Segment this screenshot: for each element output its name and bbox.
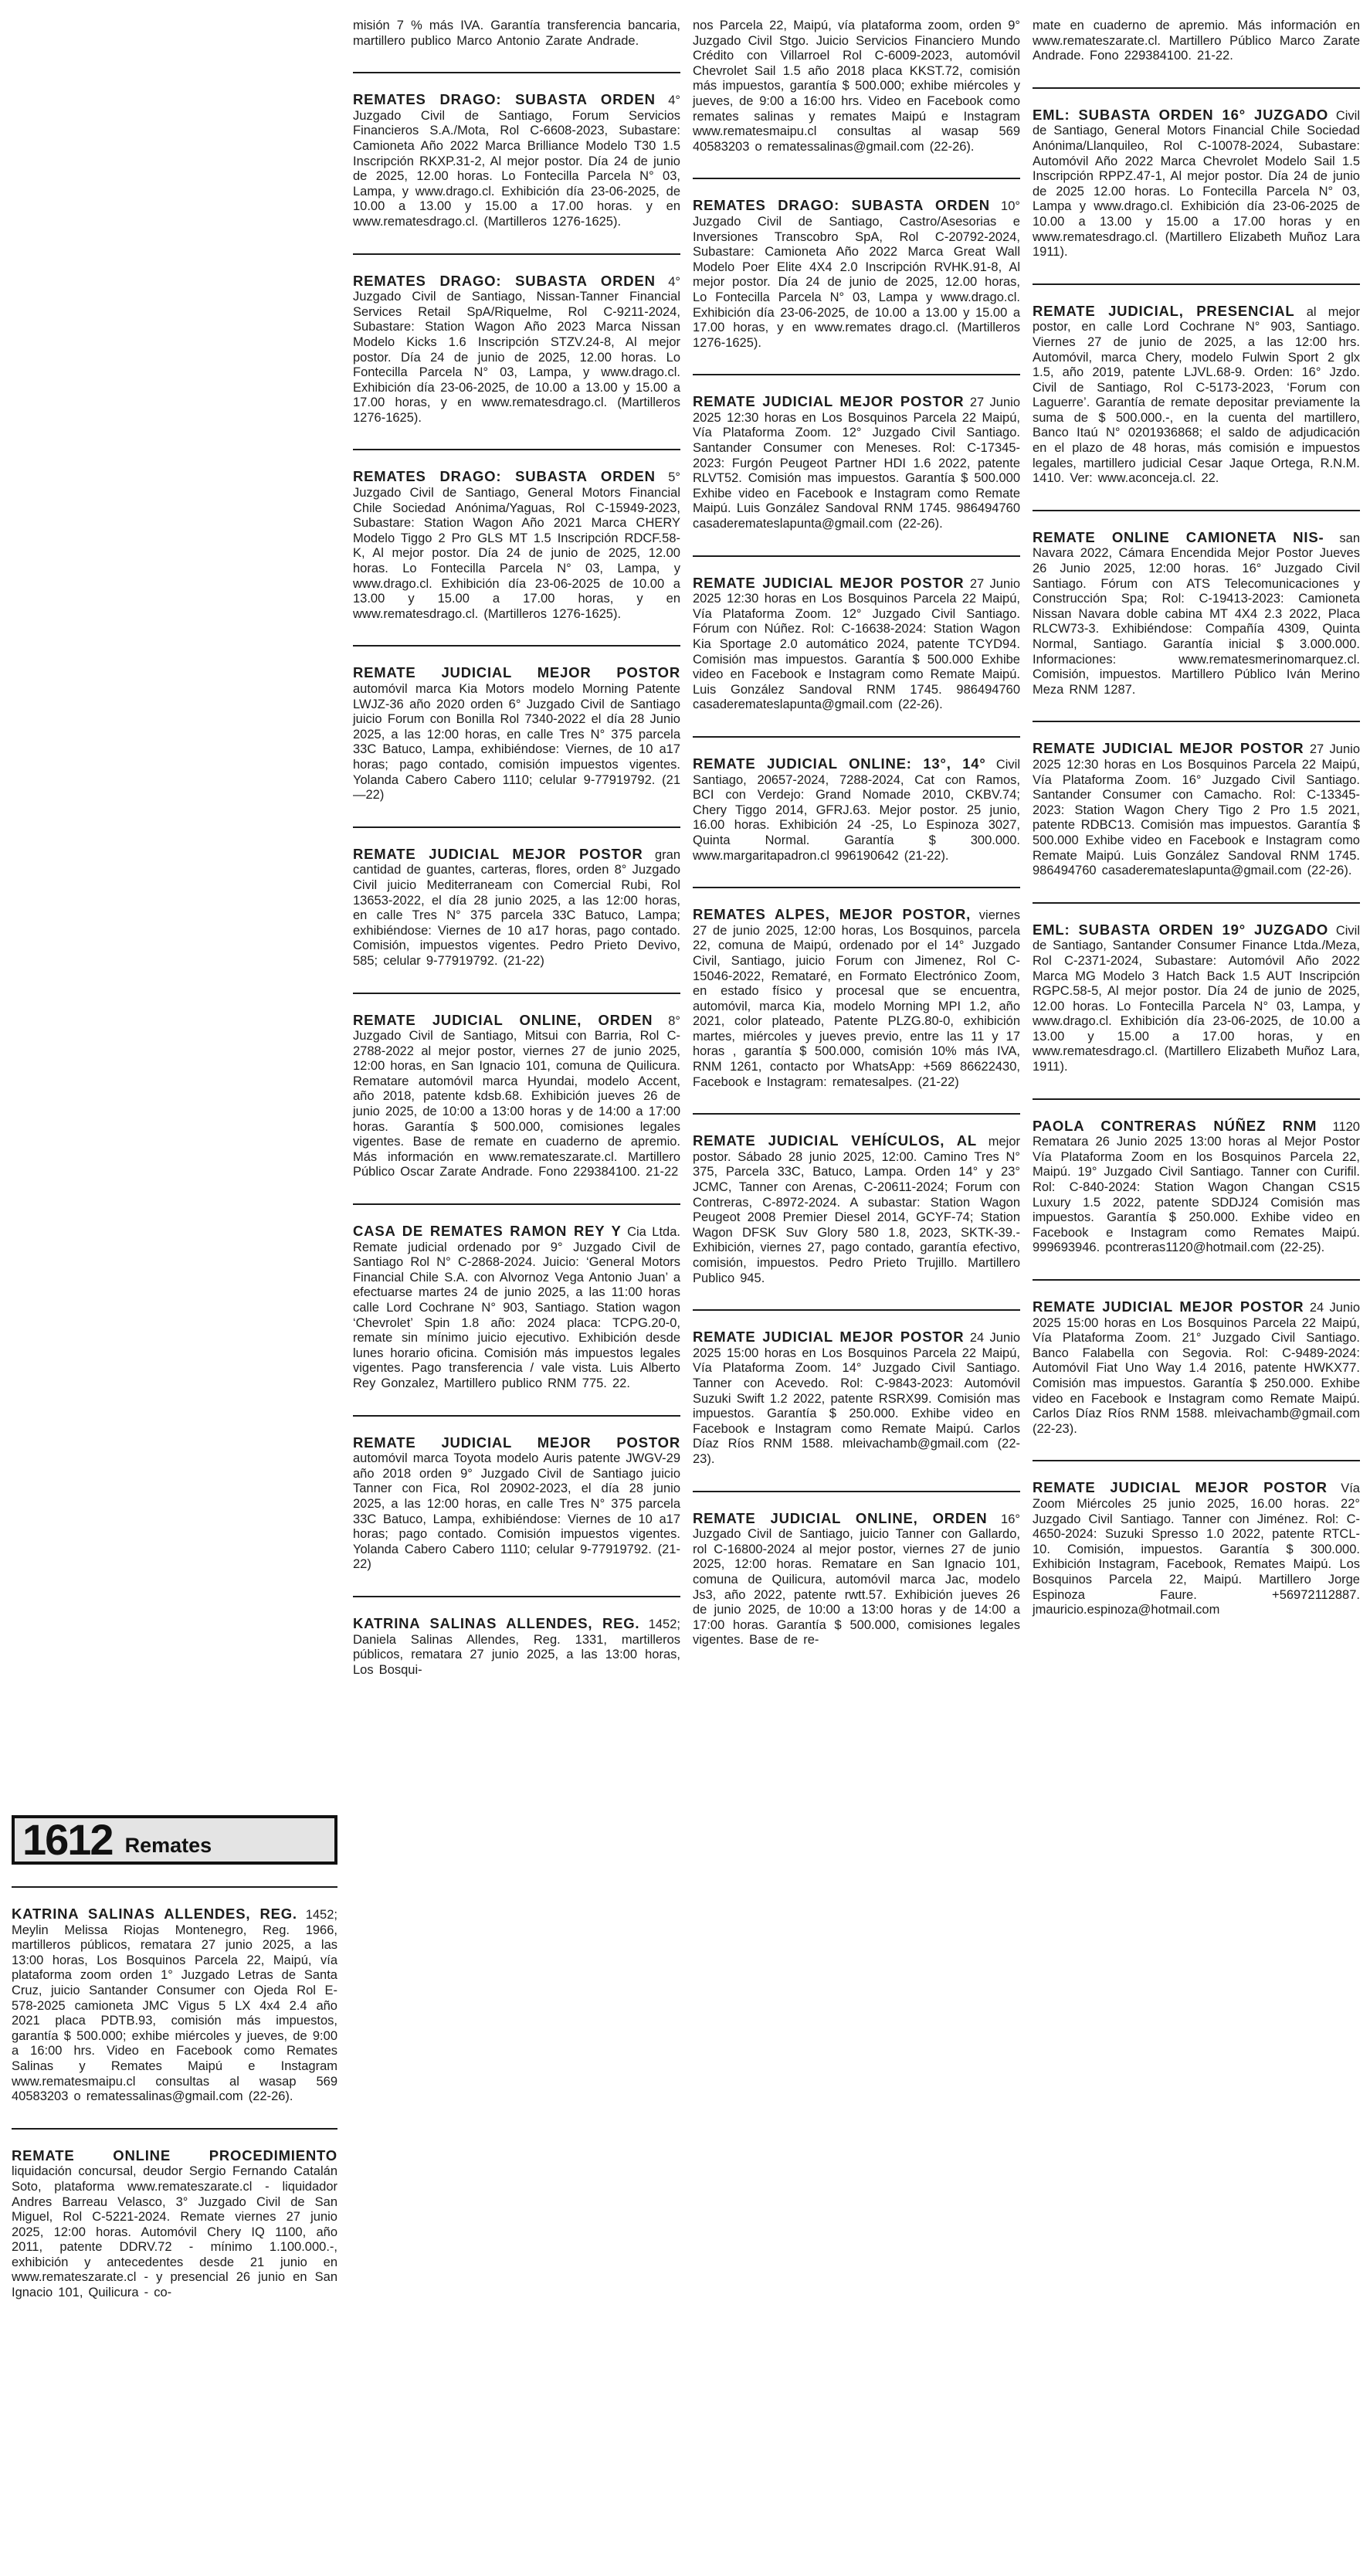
classified-ad: REMATE JUDICIAL ONLINE: 13°, 14° Civil S… [693,756,1020,864]
ad-lead: REMATE JUDICIAL MEJOR POSTOR [353,664,680,680]
classified-ad: REMATES DRAGO: SUBASTA ORDEN 5° Juzgado … [353,469,680,622]
ad-lead: EML: SUBASTA ORDEN 19° JUZGADO [1033,921,1328,938]
ad-divider [693,178,1020,179]
classified-ad: REMATE JUDICIAL MEJOR POSTOR gran cantid… [353,847,680,969]
ad-body: al mejor postor, en calle Lord Cochrane … [1033,305,1360,486]
ad-body: Vía Zoom Miércoles 25 junio 2025, 16.00 … [1033,1481,1360,1617]
ad-lead: REMATE JUDICIAL MEJOR POSTOR [693,575,964,591]
classified-ad: KATRINA SALINAS ALLENDES, REG. 1452; Dan… [353,1616,680,1678]
ad-body: san Navara 2022, Cámara Encendida Mejor … [1033,531,1360,697]
ad-divider [1033,721,1360,722]
classified-ad: PAOLA CONTRERAS NÚÑEZ RNM 1120 Rematara … [1033,1118,1360,1256]
classified-ad: EML: SUBASTA ORDEN 16° JUZGADO Civil de … [1033,107,1360,260]
classified-ad: nos Parcela 22, Maipú, vía plataforma zo… [693,17,1020,154]
ad-divider [693,1113,1020,1115]
section-badge: 1612 Remates [12,1815,337,1865]
classified-ad: REMATE JUDICIAL MEJOR POSTOR 27 Junio 20… [1033,741,1360,878]
column-b: misión 7 % más IVA. Garantía transferenc… [353,17,680,1678]
ad-body: automóvil marca Kia Motors modelo Mornin… [353,682,680,802]
ad-divider [353,1596,680,1597]
ad-body: 27 Junio 2025 12:30 horas en Los Bosquin… [693,577,1020,712]
ad-lead: CASA DE REMATES RAMON REY Y [353,1223,622,1239]
ad-body: 4° Juzgado Civil de Santiago, Forum Serv… [353,93,680,229]
ad-divider [693,736,1020,738]
ad-lead: REMATE ONLINE PROCEDIMIENTO [12,2147,337,2164]
newspaper-page: 1612 Remates KATRINA SALINAS ALLENDES, R… [0,0,1370,2576]
ad-lead: REMATES DRAGO: SUBASTA ORDEN [353,273,656,289]
classified-ad: REMATE ONLINE CAMIONETA NIS- san Navara … [1033,530,1360,698]
classified-ad: REMATES DRAGO: SUBASTA ORDEN 4° Juzgado … [353,92,680,229]
ad-lead: REMATE JUDICIAL, PRESENCIAL [1033,303,1295,319]
classified-ad: KATRINA SALINAS ALLENDES, REG. 1452; Mey… [12,1906,337,2105]
ad-body: 8° Juzgado Civil de Santiago, Mitsui con… [353,1014,680,1179]
ad-body: liquidación concursal, deudor Sergio Fer… [12,2164,337,2299]
ad-divider [1033,510,1360,511]
classified-ad: REMATE JUDICIAL MEJOR POSTOR 27 Junio 20… [693,394,1020,531]
ad-divider [353,826,680,828]
ad-lead: KATRINA SALINAS ALLENDES, REG. [353,1615,639,1631]
ad-lead: REMATE JUDICIAL MEJOR POSTOR [693,1329,964,1345]
ad-body: 27 Junio 2025 12:30 horas en Los Bosquin… [1033,742,1360,877]
classified-ad: REMATE JUDICIAL MEJOR POSTOR 24 Junio 20… [1033,1299,1360,1437]
ad-lead: REMATE JUDICIAL MEJOR POSTOR [1033,740,1304,756]
column-c: nos Parcela 22, Maipú, vía plataforma zo… [693,17,1020,1648]
classified-ad: REMATE ONLINE PROCEDIMIENTO liquidación … [12,2148,337,2301]
classified-ad: mate en cuaderno de apremio. Más informa… [1033,17,1360,64]
classified-ad: REMATE JUDICIAL MEJOR POSTOR 24 Junio 20… [693,1329,1020,1467]
ad-body: 27 Junio 2025 12:30 horas en Los Bosquin… [693,395,1020,531]
ad-body: nos Parcela 22, Maipú, vía plataforma zo… [693,19,1020,154]
ad-body: gran cantidad de guantes, carteras, flor… [353,848,680,968]
ad-body: 24 Junio 2025 15:00 horas en Los Bosquin… [693,1331,1020,1466]
ad-divider [12,1886,337,1888]
classified-ad: misión 7 % más IVA. Garantía transferenc… [353,17,680,49]
ad-divider [353,253,680,255]
ad-body: 1120 Rematara 26 Junio 2025 13:00 horas … [1033,1120,1360,1255]
ad-lead: REMATE JUDICIAL ONLINE, ORDEN [353,1012,653,1028]
ad-lead: REMATE JUDICIAL MEJOR POSTOR [353,846,643,862]
ad-divider [353,993,680,994]
column-d: mate en cuaderno de apremio. Más informa… [1033,17,1360,1618]
classified-ad: REMATE JUDICIAL MEJOR POSTOR automóvil m… [353,665,680,803]
classified-ad: CASA DE REMATES RAMON REY Y Cia Ltda. Re… [353,1224,680,1392]
ad-divider [693,1491,1020,1492]
ad-divider [1033,1098,1360,1100]
ad-body: mejor postor. Sábado 28 junio 2025, 12:0… [693,1135,1020,1285]
ad-body: misión 7 % más IVA. Garantía transferenc… [353,19,680,48]
ad-lead: REMATE JUDICIAL VEHÍCULOS, AL [693,1132,977,1149]
ad-lead: REMATE JUDICIAL MEJOR POSTOR [353,1434,680,1451]
ad-divider [353,72,680,73]
ad-body: viernes 27 de junio 2025, 12:00 horas, L… [693,908,1020,1089]
ad-lead: REMATES DRAGO: SUBASTA ORDEN [353,91,656,107]
ad-body: 1452; Meylin Melissa Riojas Montenegro, … [12,1908,337,2103]
ad-body: Cia Ltda. Remate judicial ordenado por 9… [353,1225,680,1390]
ad-lead: REMATE JUDICIAL ONLINE, ORDEN [693,1510,987,1526]
classified-ad: REMATE JUDICIAL ONLINE, ORDEN 16° Juzgad… [693,1511,1020,1648]
classified-ad: EML: SUBASTA ORDEN 19° JUZGADO Civil de … [1033,922,1360,1075]
column-a: 1612 Remates KATRINA SALINAS ALLENDES, R… [12,1815,337,2301]
ad-body: automóvil marca Toyota modelo Auris pate… [353,1451,680,1571]
section-number: 1612 [22,1818,113,1862]
classified-ad: REMATE JUDICIAL, PRESENCIAL al mejor pos… [1033,304,1360,487]
classified-ad: REMATE JUDICIAL MEJOR POSTOR Vía Zoom Mi… [1033,1480,1360,1617]
ad-divider [353,645,680,647]
ad-divider [12,2128,337,2130]
ad-body: mate en cuaderno de apremio. Más informa… [1033,19,1360,63]
ad-lead: REMATES DRAGO: SUBASTA ORDEN [693,197,990,213]
ad-divider [1033,1460,1360,1461]
ad-divider [693,1309,1020,1311]
classified-ad: REMATE JUDICIAL MEJOR POSTOR 27 Junio 20… [693,575,1020,713]
ad-body: 24 Junio 2025 15:00 horas en Los Bosquin… [1033,1301,1360,1436]
ad-lead: REMATE JUDICIAL ONLINE: 13°, 14° [693,755,986,772]
ad-divider [1033,902,1360,904]
classified-ad: REMATES DRAGO: SUBASTA ORDEN 10° Juzgado… [693,198,1020,351]
ad-divider [693,374,1020,375]
ad-divider [353,1415,680,1417]
ad-body: Civil de Santiago, General Motors Financ… [1033,109,1360,259]
classified-ad: REMATE JUDICIAL VEHÍCULOS, AL mejor post… [693,1133,1020,1286]
ad-body: 5° Juzgado Civil de Santiago, General Mo… [353,470,680,620]
ad-lead: REMATE JUDICIAL MEJOR POSTOR [1033,1479,1328,1495]
ad-divider [1033,87,1360,89]
ad-lead: REMATE JUDICIAL MEJOR POSTOR [693,393,964,409]
ad-divider [353,449,680,450]
ad-body: 16° Juzgado Civil de Santiago, juicio Ta… [693,1512,1020,1648]
ad-body: 10° Juzgado Civil de Santiago, Castro/As… [693,199,1020,349]
ad-body: Civil de Santiago, Santander Consumer Fi… [1033,924,1360,1074]
ad-divider [353,1203,680,1205]
ad-divider [693,887,1020,888]
classified-ad: REMATES ALPES, MEJOR POSTOR, viernes 27 … [693,907,1020,1090]
ad-divider [1033,1279,1360,1281]
ad-lead: PAOLA CONTRERAS NÚÑEZ RNM [1033,1118,1317,1134]
classified-ad: REMATE JUDICIAL ONLINE, ORDEN 8° Juzgado… [353,1013,680,1181]
ad-lead: REMATE ONLINE CAMIONETA NIS- [1033,529,1324,545]
ad-lead: REMATES ALPES, MEJOR POSTOR, [693,906,971,922]
ad-divider [1033,283,1360,285]
ad-body: 4° Juzgado Civil de Santiago, Nissan-Tan… [353,275,680,425]
ad-lead: KATRINA SALINAS ALLENDES, REG. [12,1906,297,1922]
ad-divider [693,555,1020,557]
classified-ad: REMATES DRAGO: SUBASTA ORDEN 4° Juzgado … [353,273,680,426]
ad-lead: EML: SUBASTA ORDEN 16° JUZGADO [1033,107,1328,123]
ad-body: Civil Santiago, 20657-2024, 7288-2024, C… [693,758,1020,863]
section-label: Remates [125,1834,212,1858]
classified-ad: REMATE JUDICIAL MEJOR POSTOR automóvil m… [353,1435,680,1573]
ad-lead: REMATES DRAGO: SUBASTA ORDEN [353,468,656,484]
ad-lead: REMATE JUDICIAL MEJOR POSTOR [1033,1298,1304,1315]
